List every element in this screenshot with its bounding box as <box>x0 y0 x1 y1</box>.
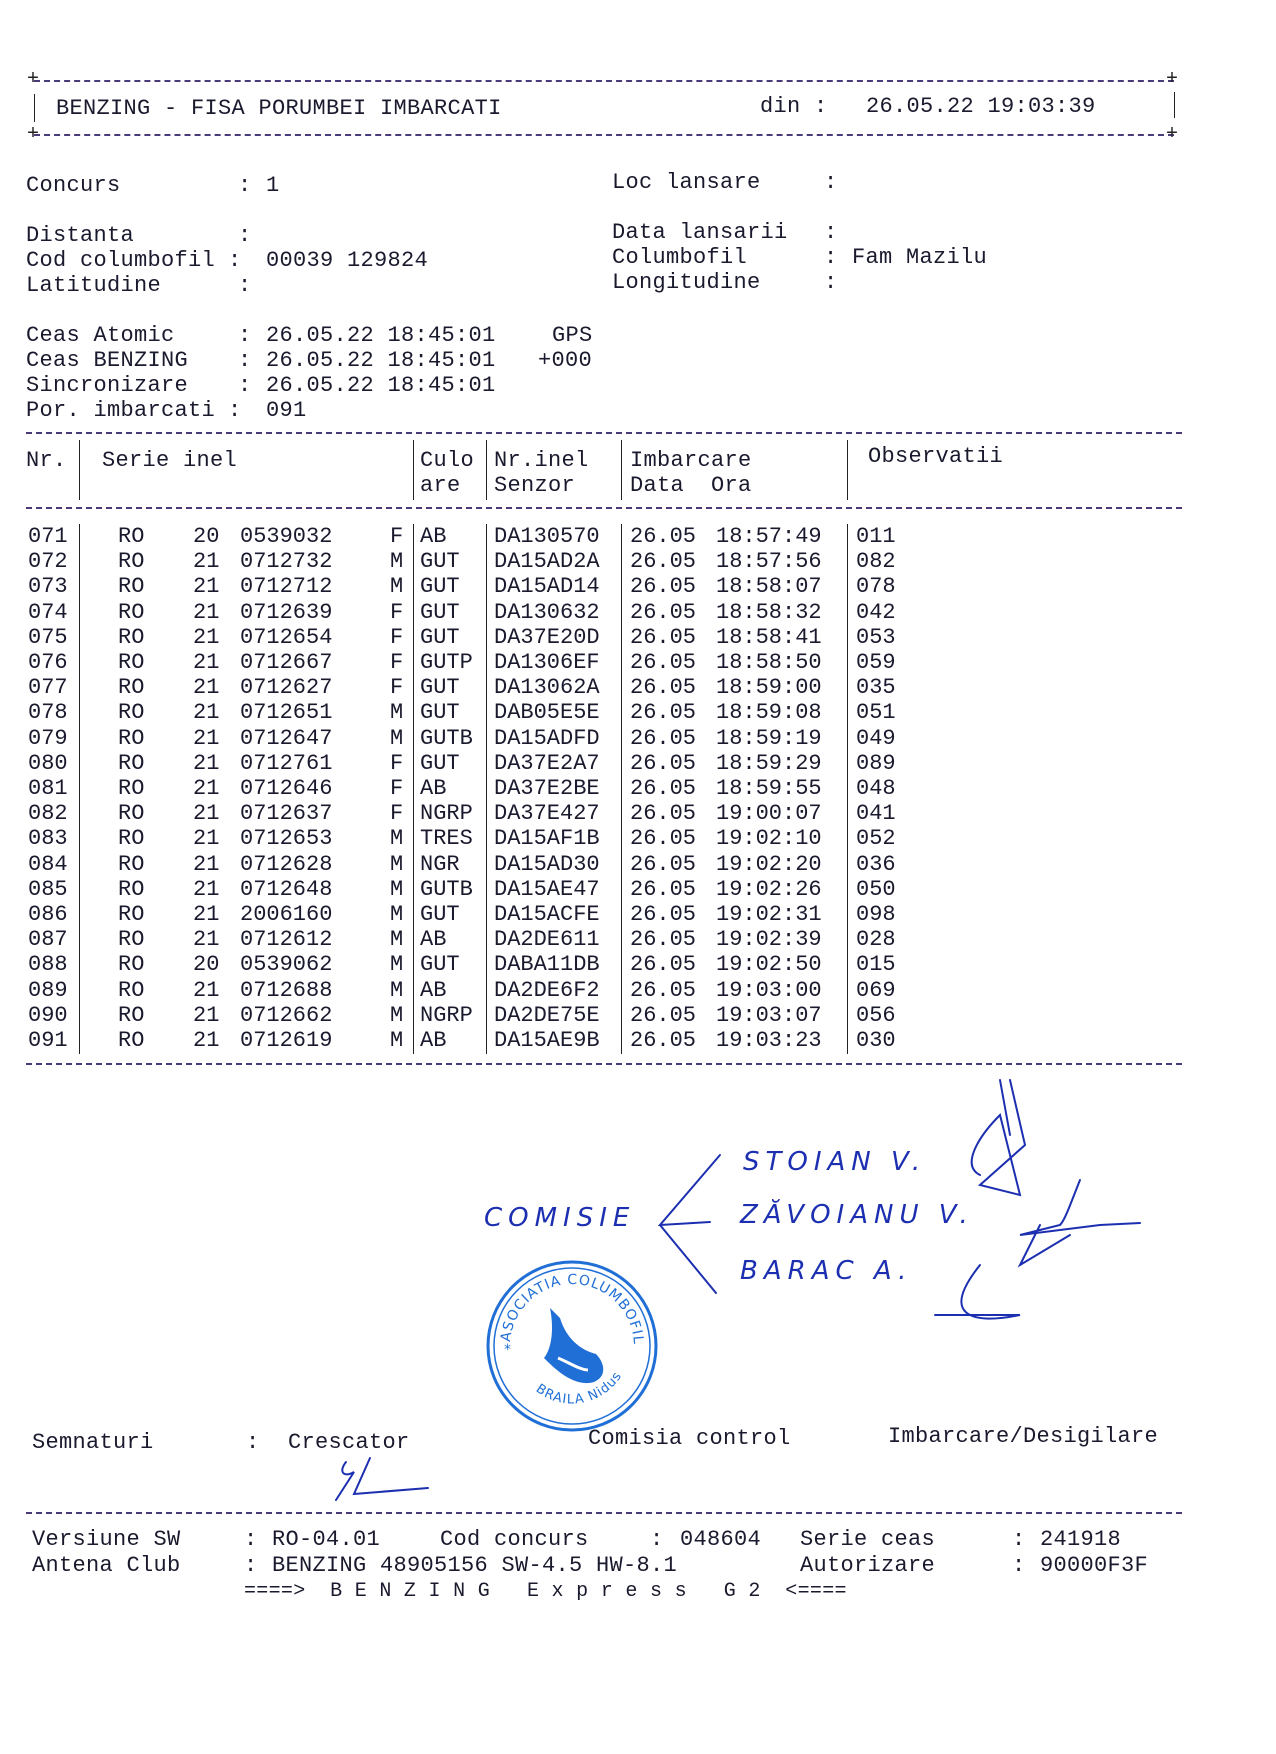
cell-culoare: AB <box>420 978 446 1003</box>
cell-nr: 090 <box>28 1003 68 1028</box>
col-header-observatii: Observatii <box>868 444 1003 469</box>
print-date-label: din : <box>760 94 828 119</box>
crescator-signature <box>328 1454 438 1504</box>
por-imbarcati-value: 091 <box>266 398 307 423</box>
cell-sex: M <box>390 700 403 725</box>
cell-tara: RO <box>118 600 144 625</box>
cell-culoare: AB <box>420 524 446 549</box>
cell-senzor: DA37E20D <box>494 625 600 650</box>
cell-tara: RO <box>118 927 144 952</box>
table-row: 077RO210712627FGUTDA13062A26.0518:59:000… <box>0 675 1276 700</box>
cell-obs: 049 <box>856 726 896 751</box>
table-row: 073RO210712712MGUTDA15AD1426.0518:58:070… <box>0 574 1276 599</box>
cell-senzor: DA2DE611 <box>494 927 600 952</box>
cell-an: 21 <box>193 549 219 574</box>
col-header-senzor: Senzor <box>494 473 575 498</box>
cell-an: 21 <box>193 877 219 902</box>
table-row: 089RO210712688MABDA2DE6F226.0519:03:0006… <box>0 978 1276 1003</box>
cell-an: 21 <box>193 927 219 952</box>
versiune-sw-value: RO-04.01 <box>272 1527 380 1552</box>
cell-ora: 18:59:29 <box>716 751 822 776</box>
ceas-atomic-label: Ceas Atomic <box>26 323 175 348</box>
cell-sex: M <box>390 549 403 574</box>
cell-obs: 042 <box>856 600 896 625</box>
cell-nr: 081 <box>28 776 68 801</box>
cell-senzor: DA130570 <box>494 524 600 549</box>
col-header-data-ora: Data Ora <box>630 473 752 498</box>
cell-ora: 19:02:20 <box>716 852 822 877</box>
ceas-benzing-suffix: +000 <box>538 348 592 373</box>
cell-tara: RO <box>118 675 144 700</box>
cell-obs: 052 <box>856 826 896 851</box>
col-sep-imbarcare <box>847 440 848 500</box>
cell-tara: RO <box>118 549 144 574</box>
cell-obs: 050 <box>856 877 896 902</box>
document-title: BENZING - FISA PORUMBEI IMBARCATI <box>56 96 502 121</box>
cell-inel: 0712761 <box>240 751 332 776</box>
cell-an: 21 <box>193 1028 219 1053</box>
cell-inel: 0712619 <box>240 1028 332 1053</box>
cell-senzor: DA15AD30 <box>494 852 600 877</box>
cell-nr: 076 <box>28 650 68 675</box>
cell-nr: 075 <box>28 625 68 650</box>
cell-senzor: DAB05E5E <box>494 700 600 725</box>
cell-data: 26.05 <box>630 600 696 625</box>
cell-inel: 0539062 <box>240 952 332 977</box>
cell-inel: 2006160 <box>240 902 332 927</box>
cell-ora: 19:03:23 <box>716 1028 822 1053</box>
cell-sex: F <box>390 524 403 549</box>
cell-culoare: AB <box>420 776 446 801</box>
svg-text:*: * <box>504 1342 511 1358</box>
col-header-imbarcare: Imbarcare <box>630 448 752 473</box>
cell-culoare: GUTP <box>420 650 473 675</box>
table-row: 072RO210712732MGUTDA15AD2A26.0518:57:560… <box>0 549 1276 574</box>
colon: : <box>238 323 252 348</box>
cell-sex: M <box>390 978 403 1003</box>
cell-culoare: GUTB <box>420 726 473 751</box>
cell-an: 20 <box>193 952 219 977</box>
corner-mark: + <box>1166 70 1178 90</box>
cell-data: 26.05 <box>630 751 696 776</box>
cell-ora: 18:58:32 <box>716 600 822 625</box>
cell-obs: 030 <box>856 1028 896 1053</box>
colon: : <box>238 373 252 398</box>
table-row: 091RO210712619MABDA15AE9B26.0519:03:2303… <box>0 1028 1276 1053</box>
cell-senzor: DA15AE47 <box>494 877 600 902</box>
cell-an: 21 <box>193 625 219 650</box>
cell-ora: 18:59:19 <box>716 726 822 751</box>
cell-tara: RO <box>118 952 144 977</box>
cell-inel: 0712646 <box>240 776 332 801</box>
cod-concurs-value: 048604 <box>680 1527 761 1552</box>
cell-tara: RO <box>118 574 144 599</box>
cell-sex: M <box>390 826 403 851</box>
ceas-benzing-label: Ceas BENZING <box>26 348 188 373</box>
cell-inel: 0712662 <box>240 1003 332 1028</box>
cell-inel: 0712639 <box>240 600 332 625</box>
cell-culoare: AB <box>420 1028 446 1053</box>
cell-culoare: GUT <box>420 751 460 776</box>
table-row: 083RO210712653MTRESDA15AF1B26.0519:02:10… <box>0 826 1276 851</box>
autorizare-label: Autorizare <box>800 1553 935 1578</box>
cell-data: 26.05 <box>630 877 696 902</box>
cell-ora: 18:59:08 <box>716 700 822 725</box>
cell-culoare: GUT <box>420 549 460 574</box>
cell-nr: 074 <box>28 600 68 625</box>
columbofil-value: Fam Mazilu <box>852 245 987 270</box>
cell-data: 26.05 <box>630 726 696 751</box>
cell-obs: 053 <box>856 625 896 650</box>
cell-data: 26.05 <box>630 650 696 675</box>
cell-obs: 056 <box>856 1003 896 1028</box>
cell-obs: 028 <box>856 927 896 952</box>
cell-obs: 048 <box>856 776 896 801</box>
cell-an: 21 <box>193 700 219 725</box>
cell-culoare: GUT <box>420 700 460 725</box>
ceas-benzing-value: 26.05.22 18:45:01 <box>266 348 496 373</box>
cod-columbofil-value: 00039 129824 <box>266 248 428 273</box>
cell-sex: M <box>390 927 403 952</box>
cell-data: 26.05 <box>630 902 696 927</box>
cell-an: 21 <box>193 852 219 877</box>
cell-tara: RO <box>118 801 144 826</box>
cell-culoare: GUTB <box>420 877 473 902</box>
cell-an: 21 <box>193 978 219 1003</box>
cell-ora: 19:03:00 <box>716 978 822 1003</box>
cell-ora: 19:02:50 <box>716 952 822 977</box>
colon: : <box>244 1553 258 1578</box>
col-sep-nr <box>79 440 80 500</box>
colon: : <box>244 1527 258 1552</box>
cell-tara: RO <box>118 852 144 877</box>
table-row: 071RO200539032FABDA13057026.0518:57:4901… <box>0 524 1276 549</box>
concurs-label: Concurs <box>26 173 121 198</box>
col-sep-sex <box>413 440 414 500</box>
cell-data: 26.05 <box>630 852 696 877</box>
cell-an: 21 <box>193 902 219 927</box>
table-row: 080RO210712761FGUTDA37E2A726.0518:59:290… <box>0 751 1276 776</box>
cell-data: 26.05 <box>630 549 696 574</box>
cell-inel: 0712651 <box>240 700 332 725</box>
signatures-label: Semnaturi <box>32 1430 154 1455</box>
cell-inel: 0712712 <box>240 574 332 599</box>
cell-tara: RO <box>118 978 144 1003</box>
cell-an: 21 <box>193 826 219 851</box>
colon: : <box>246 1430 260 1455</box>
cell-nr: 085 <box>28 877 68 902</box>
cell-ora: 18:58:41 <box>716 625 822 650</box>
table-row: 076RO210712667FGUTPDA1306EF26.0518:58:50… <box>0 650 1276 675</box>
cell-senzor: DA15ADFD <box>494 726 600 751</box>
colon: : <box>228 248 242 273</box>
colon: : <box>238 273 252 298</box>
cell-tara: RO <box>118 776 144 801</box>
cell-culoare: NGRP <box>420 801 473 826</box>
corner-mark: + <box>27 70 39 90</box>
versiune-sw-label: Versiune SW <box>32 1527 181 1552</box>
cell-an: 21 <box>193 600 219 625</box>
table-row: 090RO210712662MNGRPDA2DE75E26.0519:03:07… <box>0 1003 1276 1028</box>
cell-nr: 079 <box>28 726 68 751</box>
table-row: 082RO210712637FNGRPDA37E42726.0519:00:07… <box>0 801 1276 826</box>
cell-senzor: DA13062A <box>494 675 600 700</box>
cell-ora: 19:02:26 <box>716 877 822 902</box>
cell-nr: 077 <box>28 675 68 700</box>
longitudine-label: Longitudine <box>612 270 761 295</box>
cell-ora: 19:00:07 <box>716 801 822 826</box>
table-row: 086RO212006160MGUTDA15ACFE26.0519:02:310… <box>0 902 1276 927</box>
cell-sex: F <box>390 600 403 625</box>
cell-tara: RO <box>118 826 144 851</box>
signature-crescator-label: Crescator <box>288 1430 410 1455</box>
cell-senzor: DA15AE9B <box>494 1028 600 1053</box>
cell-ora: 19:02:31 <box>716 902 822 927</box>
table-top-border <box>26 432 1182 434</box>
sincronizare-value: 26.05.22 18:45:01 <box>266 373 496 398</box>
latitudine-label: Latitudine <box>26 273 161 298</box>
cell-inel: 0712627 <box>240 675 332 700</box>
cell-senzor: DA15AD2A <box>494 549 600 574</box>
cell-nr: 084 <box>28 852 68 877</box>
brand-line: ====> B E N Z I N G E x p r e s s G 2 <=… <box>244 1579 847 1604</box>
cell-sex: F <box>390 625 403 650</box>
cell-senzor: DA15ACFE <box>494 902 600 927</box>
cell-sex: M <box>390 574 403 599</box>
cell-inel: 0712688 <box>240 978 332 1003</box>
cell-sex: F <box>390 801 403 826</box>
serie-ceas-value: 241918 <box>1040 1527 1121 1552</box>
colon: : <box>238 223 252 248</box>
cell-sex: M <box>390 952 403 977</box>
cell-senzor: DA37E2A7 <box>494 751 600 776</box>
table-row: 088RO200539062MGUTDABA11DB26.0519:02:500… <box>0 952 1276 977</box>
cell-culoare: GUT <box>420 675 460 700</box>
cell-an: 21 <box>193 726 219 751</box>
table-row: 084RO210712628MNGRDA15AD3026.0519:02:200… <box>0 852 1276 877</box>
cell-senzor: DA1306EF <box>494 650 600 675</box>
table-row: 085RO210712648MGUTBDA15AE4726.0519:02:26… <box>0 877 1276 902</box>
cell-an: 21 <box>193 574 219 599</box>
cell-inel: 0712667 <box>240 650 332 675</box>
cell-obs: 082 <box>856 549 896 574</box>
cell-senzor: DA2DE75E <box>494 1003 600 1028</box>
cell-ora: 19:02:10 <box>716 826 822 851</box>
cell-culoare: TRES <box>420 826 473 851</box>
cell-nr: 071 <box>28 524 68 549</box>
cell-obs: 078 <box>856 574 896 599</box>
cell-senzor: DA15AF1B <box>494 826 600 851</box>
cell-tara: RO <box>118 877 144 902</box>
cell-culoare: GUT <box>420 902 460 927</box>
table-row: 075RO210712654FGUTDA37E20D26.0518:58:410… <box>0 625 1276 650</box>
cell-tara: RO <box>118 650 144 675</box>
ceas-atomic-value: 26.05.22 18:45:01 <box>266 323 496 348</box>
cell-sex: M <box>390 1028 403 1053</box>
cell-sex: F <box>390 675 403 700</box>
colon: : <box>238 348 252 373</box>
cell-obs: 089 <box>856 751 896 776</box>
cell-sex: M <box>390 877 403 902</box>
cell-ora: 18:59:00 <box>716 675 822 700</box>
cell-obs: 035 <box>856 675 896 700</box>
cell-sex: M <box>390 726 403 751</box>
cell-culoare: GUT <box>420 625 460 650</box>
cell-an: 21 <box>193 751 219 776</box>
cell-culoare: AB <box>420 927 446 952</box>
distanta-label: Distanta <box>26 223 134 248</box>
cell-ora: 19:02:39 <box>716 927 822 952</box>
cell-data: 26.05 <box>630 978 696 1003</box>
cell-an: 21 <box>193 1003 219 1028</box>
cell-inel: 0712653 <box>240 826 332 851</box>
data-lansarii-label: Data lansarii <box>612 220 788 245</box>
antena-club-value: BENZING 48905156 SW-4.5 HW-8.1 <box>272 1553 677 1578</box>
cell-data: 26.05 <box>630 826 696 851</box>
cell-nr: 078 <box>28 700 68 725</box>
loc-lansare-label: Loc lansare <box>612 170 761 195</box>
col-sep-culoare <box>486 440 487 500</box>
cell-data: 26.05 <box>630 625 696 650</box>
signature-comisia-label: Comisia control <box>588 1426 791 1451</box>
cell-ora: 18:58:07 <box>716 574 822 599</box>
columbofil-label: Columbofil <box>612 245 747 270</box>
corner-mark: + <box>1166 125 1178 145</box>
header-top-border <box>34 80 1174 82</box>
cell-data: 26.05 <box>630 801 696 826</box>
cell-senzor: DA130632 <box>494 600 600 625</box>
table-row: 074RO210712639FGUTDA13063226.0518:58:320… <box>0 600 1276 625</box>
cell-tara: RO <box>118 726 144 751</box>
table-row: 079RO210712647MGUTBDA15ADFD26.0518:59:19… <box>0 726 1276 751</box>
handwritten-member-1: STOIAN V. <box>743 1147 926 1177</box>
cell-senzor: DA2DE6F2 <box>494 978 600 1003</box>
cell-sex: F <box>390 776 403 801</box>
header-bottom-border <box>34 134 1174 136</box>
cell-nr: 087 <box>28 927 68 952</box>
cell-obs: 041 <box>856 801 896 826</box>
header-left-edge <box>34 94 35 122</box>
colon: : <box>650 1527 664 1552</box>
cell-obs: 015 <box>856 952 896 977</box>
cell-data: 26.05 <box>630 952 696 977</box>
cell-ora: 18:57:56 <box>716 549 822 574</box>
cell-sex: F <box>390 650 403 675</box>
cell-data: 26.05 <box>630 776 696 801</box>
handwritten-member-3: BARAC A. <box>740 1256 912 1286</box>
col-sep-senzor <box>621 440 622 500</box>
cell-nr: 088 <box>28 952 68 977</box>
cell-sex: M <box>390 1003 403 1028</box>
cell-inel: 0712612 <box>240 927 332 952</box>
table-row: 078RO210712651MGUTDAB05E5E26.0518:59:080… <box>0 700 1276 725</box>
cell-senzor: DABA11DB <box>494 952 600 977</box>
table-row: 081RO210712646FABDA37E2BE26.0518:59:5504… <box>0 776 1276 801</box>
footer-top-border <box>26 1512 1182 1514</box>
por-imbarcati-label: Por. imbarcati <box>26 398 215 423</box>
cell-nr: 086 <box>28 902 68 927</box>
cell-an: 20 <box>193 524 219 549</box>
cell-ora: 18:58:50 <box>716 650 822 675</box>
cell-inel: 0712732 <box>240 549 332 574</box>
cell-ora: 18:59:55 <box>716 776 822 801</box>
sincronizare-label: Sincronizare <box>26 373 188 398</box>
cell-nr: 073 <box>28 574 68 599</box>
colon: : <box>1012 1527 1026 1552</box>
table-row: 087RO210712612MABDA2DE61126.0519:02:3902… <box>0 927 1276 952</box>
signature-imbarcare-label: Imbarcare/Desigilare <box>888 1424 1158 1449</box>
cell-nr: 082 <box>28 801 68 826</box>
cell-obs: 098 <box>856 902 896 927</box>
col-header-serie-inel: Serie inel <box>102 448 237 473</box>
cell-culoare: GUT <box>420 952 460 977</box>
cell-inel: 0712628 <box>240 852 332 877</box>
cell-ora: 19:03:07 <box>716 1003 822 1028</box>
antena-club-label: Antena Club <box>32 1553 181 1578</box>
corner-mark: + <box>27 125 39 145</box>
cell-data: 26.05 <box>630 524 696 549</box>
col-header-nr: Nr. <box>26 448 67 473</box>
colon: : <box>824 170 838 195</box>
cell-data: 26.05 <box>630 927 696 952</box>
cell-nr: 089 <box>28 978 68 1003</box>
col-header-culoare-2: are <box>420 473 461 498</box>
cell-obs: 059 <box>856 650 896 675</box>
cell-tara: RO <box>118 700 144 725</box>
cell-tara: RO <box>118 1028 144 1053</box>
cell-inel: 0539032 <box>240 524 332 549</box>
cell-tara: RO <box>118 902 144 927</box>
cell-sex: M <box>390 902 403 927</box>
cell-an: 21 <box>193 801 219 826</box>
cell-obs: 011 <box>856 524 896 549</box>
cell-nr: 072 <box>28 549 68 574</box>
cell-culoare: NGRP <box>420 1003 473 1028</box>
cell-tara: RO <box>118 625 144 650</box>
autorizare-value: 90000F3F <box>1040 1553 1148 1578</box>
colon: : <box>824 245 838 270</box>
serie-ceas-label: Serie ceas <box>800 1527 935 1552</box>
cell-data: 26.05 <box>630 700 696 725</box>
cell-sex: M <box>390 852 403 877</box>
table-header-bottom-border <box>26 507 1182 509</box>
cod-concurs-label: Cod concurs <box>440 1527 589 1552</box>
colon: : <box>824 270 838 295</box>
colon: : <box>824 220 838 245</box>
print-date-value: 26.05.22 19:03:39 <box>866 94 1096 119</box>
cell-culoare: GUT <box>420 600 460 625</box>
cell-culoare: NGR <box>420 852 460 877</box>
cell-an: 21 <box>193 650 219 675</box>
cell-senzor: DA37E2BE <box>494 776 600 801</box>
cell-tara: RO <box>118 751 144 776</box>
colon: : <box>1012 1553 1026 1578</box>
cell-data: 26.05 <box>630 675 696 700</box>
cell-obs: 051 <box>856 700 896 725</box>
table-bottom-border <box>26 1063 1182 1065</box>
handwritten-comisie: COMISIE <box>484 1203 635 1233</box>
club-stamp: ASOCIATIA COLUMBOFILA BRAILA Nidus * <box>484 1258 660 1434</box>
cell-inel: 0712637 <box>240 801 332 826</box>
cell-culoare: GUT <box>420 574 460 599</box>
cell-nr: 080 <box>28 751 68 776</box>
ceas-atomic-suffix: GPS <box>552 323 593 348</box>
cell-tara: RO <box>118 524 144 549</box>
cell-obs: 069 <box>856 978 896 1003</box>
cell-ora: 18:57:49 <box>716 524 822 549</box>
colon: : <box>238 173 252 198</box>
cell-data: 26.05 <box>630 574 696 599</box>
